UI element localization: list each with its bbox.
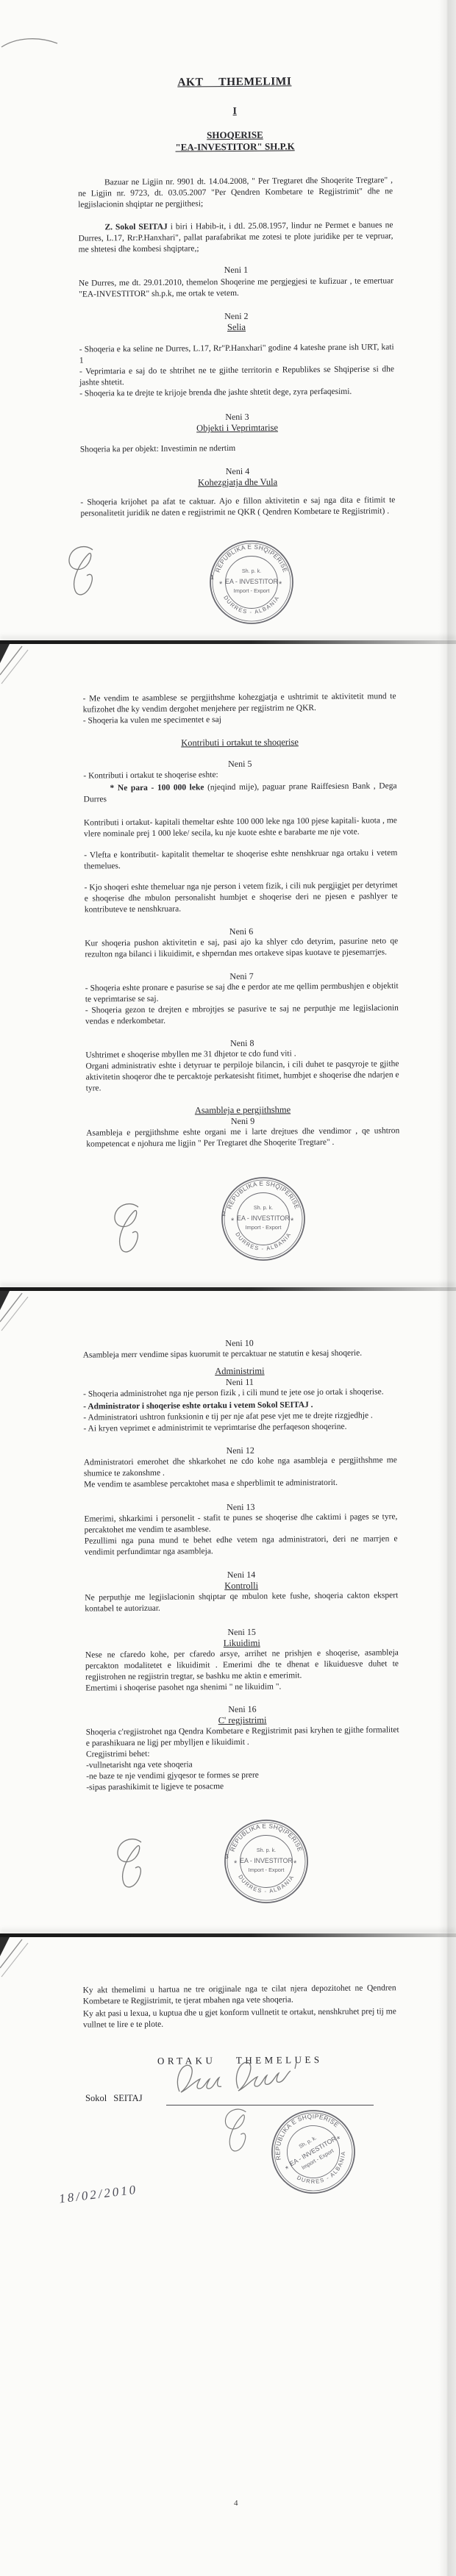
paragraph-vlefta: - Vlefta e kontributit- kapitalit themel… <box>84 848 397 872</box>
stamp-import-export: Import - Export <box>249 1867 285 1873</box>
paragraph-neni-14: Ne perputhje me legjislacionin shqiptar … <box>85 1590 398 1614</box>
paragraph-founder: Z. Sokol SEITAJ i biri i Habib-it, i dtl… <box>78 220 393 255</box>
stamp-star-left: * <box>231 1217 235 1226</box>
handwritten-signature <box>218 2105 257 2158</box>
handwritten-signature <box>109 1835 154 1894</box>
stamp-shpk: Sh. p. k. <box>254 1204 273 1211</box>
document-page-2: - Me vendim te asamblese se pergjithshme… <box>0 644 456 1287</box>
stamp-shpk: Sh. p. k. <box>257 1847 276 1853</box>
page1-text: AKT THEMELIMI I SHOQERISE "EA-INVESTITOR… <box>0 0 456 520</box>
paragraph-neni12-2: Me vendim te asamblese percaktohet masa … <box>84 1477 397 1490</box>
paragraph-neni-1: Ne Durres, me dt. 29.01.2010, themelon S… <box>79 276 393 300</box>
document-page-1: AKT THEMELIMI I SHOQERISE "EA-INVESTITOR… <box>0 0 456 640</box>
company-stamp: REPUBLIKA E SHQIPERISE DURRES - ALBANIA … <box>207 538 296 626</box>
scanned-document: AKT THEMELIMI I SHOQERISE "EA-INVESTITOR… <box>0 0 456 2576</box>
signature-line <box>166 2105 374 2105</box>
paragraph-kohezgjatja: - Shoqeria krijohet pa afat te caktuar. … <box>80 495 395 519</box>
paragraph-bazuar: Bazuar ne Ligjin nr. 9901 dt. 14.04.2008… <box>78 175 393 210</box>
company-heading-line2: "EA-INVESTITOR" SH.P.K <box>78 140 393 154</box>
page3-text: Neni 10 Asambleja merr vendime sipas kuo… <box>0 1289 456 1795</box>
stamp-star-right: * <box>291 1217 294 1226</box>
stamp-star-right: * <box>293 1859 297 1868</box>
paragraph-neni-10: Asambleja merr vendime sipas kuorumit te… <box>83 1348 396 1361</box>
heading-objekti: Objekti i Veprimtarise <box>80 421 395 434</box>
paragraph-neni13-2: Pezullimi nga puna mund te behet edhe ve… <box>85 1534 398 1558</box>
handwritten-name-signature <box>171 2056 318 2105</box>
paragraph-neni5-intro: - Kontributi i ortakut te shoqerise esht… <box>83 768 396 781</box>
heading-selia: Selia <box>79 321 393 334</box>
page-edge-shadow <box>0 1933 456 1937</box>
stamp-import-export: Import - Export <box>246 1224 282 1231</box>
paragraph-ne-para: * Ne para - 100 000 leke (njeqind mije),… <box>83 781 396 805</box>
bullet-selia-2: - Veprimtaria e saj do te shtrihet ne te… <box>79 364 394 388</box>
paragraph-vendim: - Me vendim te asamblese se pergjithshme… <box>83 691 396 715</box>
paragraph-neni11-1: - Shoqeria administrohet nga nje person … <box>83 1387 396 1400</box>
page-number: 4 <box>234 2499 238 2508</box>
stamp-counter-number: 2 <box>222 1210 226 1217</box>
document-title: AKT THEMELIMI <box>77 75 392 88</box>
company-stamp: REPUBLIKA E SHQIPERISE DURRES - ALBANIA … <box>253 2092 374 2212</box>
paragraph-person-fizik: - Kjo shoqeri eshte themeluar nga nje pe… <box>85 880 398 915</box>
ne-para-bold: * Ne para - 100 000 leke <box>110 783 204 793</box>
stamp-arc-bottom: DURRES - ALBANIA <box>222 594 281 615</box>
paragraph-kapitali: Kontributi i ortakut- kapitali themeltar… <box>84 815 397 840</box>
stamp-import-export: Import - Export <box>234 587 270 594</box>
paragraph-final-2: Ky akt pasi u lexua, u kuptua dhe u gjet… <box>83 2006 396 2031</box>
section-numeral: I <box>77 104 392 117</box>
stamp-shpk: Sh. p. k. <box>242 568 261 574</box>
stamp-star-right: * <box>336 2134 343 2144</box>
paragraph-neni13-1: Emerimi, shkarkimi i personelit - stafit… <box>84 1511 397 1536</box>
paragraph-neni7-1: - Shoqeria eshte pronare e pasurise se s… <box>85 981 399 1005</box>
document-page-3: Neni 10 Asambleja merr vendime sipas kuo… <box>0 1291 456 1933</box>
page-corner-fold <box>0 1937 32 1980</box>
page-corner-fold <box>0 644 32 687</box>
page4-text: Ky akt themelimi u hartua ne tre origjin… <box>0 1936 456 2068</box>
paragraph-neni12-1: Administratori emerohet dhe shkarkohet n… <box>84 1455 397 1479</box>
stamp-company-name: EA - INVESTITOR <box>240 1857 293 1864</box>
company-stamp: REPUBLIKA E SHQIPERISE DURRES - ALBANIA … <box>222 1817 310 1906</box>
stamp-company-name: EA - INVESTITOR <box>225 578 278 585</box>
founder-name-label: Sokol SEITAJ <box>85 2093 143 2104</box>
heading-neni-1: Neni 1 <box>79 263 393 276</box>
paragraph-neni15-1: Nese ne cfaredo kohe, per cfaredo arsye,… <box>85 1647 399 1683</box>
bullet-selia-3: - Shoqeria ka te drejte te krijoje brend… <box>79 386 394 399</box>
handwritten-date: 18/02/2010 <box>58 2183 138 2207</box>
bullet-selia-1: - Shoqeria e ka seline ne Durres, L.17, … <box>79 342 394 366</box>
page-edge-shadow <box>0 640 456 644</box>
paragraph-neni11-4: - Ai kryen veprimet e administrimit te v… <box>83 1421 396 1434</box>
paragraph-neni-9: Asambleja e pergjithshme eshte organi me… <box>86 1126 399 1150</box>
list-cregjistrimi-3: -sipas parashikimit te ligjeve te posacm… <box>86 1780 399 1793</box>
paragraph-final-1: Ky akt themelimi u hartua ne tre origjin… <box>83 1983 396 2007</box>
page2-text: - Me vendim te asamblese se pergjithshme… <box>0 643 456 1151</box>
stamp-arc-bottom: DURRES - ALBANIA <box>234 1231 293 1252</box>
handwritten-signature <box>106 1200 152 1259</box>
stamp-star-right: * <box>279 580 282 589</box>
stamp-star-left: * <box>234 1859 238 1868</box>
stamp-company-name: EA - INVESTITOR <box>237 1214 290 1222</box>
paragraph-vulen: - Shoqeria ka vulen me specimentet e saj <box>83 713 396 726</box>
heading-kohezgjatja: Kohezgjatja dhe Vula <box>80 476 395 489</box>
heading-kontributi: Kontributi i ortakut te shoqerise <box>83 736 396 749</box>
paragraph-neni15-2: Emertimi i shoqerise pasohet nga shenimi… <box>85 1681 399 1694</box>
paragraph-neni7-2: - Shoqeria gezon te drejten e mbrojtjes … <box>85 1003 399 1027</box>
paragraph-neni8-2: Organi administrativ eshte i detyruar te… <box>85 1059 399 1094</box>
company-stamp: REPUBLIKA E SHQIPERISE DURRES - ALBANIA … <box>219 1175 307 1263</box>
page-corner-fold <box>0 1291 32 1334</box>
founder-name-bold: Z. Sokol SEITAJ <box>104 223 167 232</box>
stamp-counter-number: 3 <box>225 1853 229 1860</box>
page-edge-shadow <box>0 1287 456 1291</box>
paragraph-neni-6: Kur shoqeria pushon aktivitetin e saj, p… <box>85 936 398 960</box>
paragraph-objekti: Shoqeria ka per objekt: Investimin ne nd… <box>80 442 395 455</box>
pen-mark <box>0 34 62 53</box>
paragraph-neni16-1: Shoqeria c'regjistrohet nga Qendra Kombe… <box>86 1725 399 1749</box>
document-page-4: Ky akt themelimi u hartua ne tre origjin… <box>0 1937 456 2576</box>
stamp-star-left: * <box>219 580 223 589</box>
handwritten-signature <box>60 543 106 601</box>
stamp-counter-number: 1 <box>210 573 214 581</box>
stamp-arc-bottom: DURRES - ALBANIA <box>237 1873 296 1895</box>
